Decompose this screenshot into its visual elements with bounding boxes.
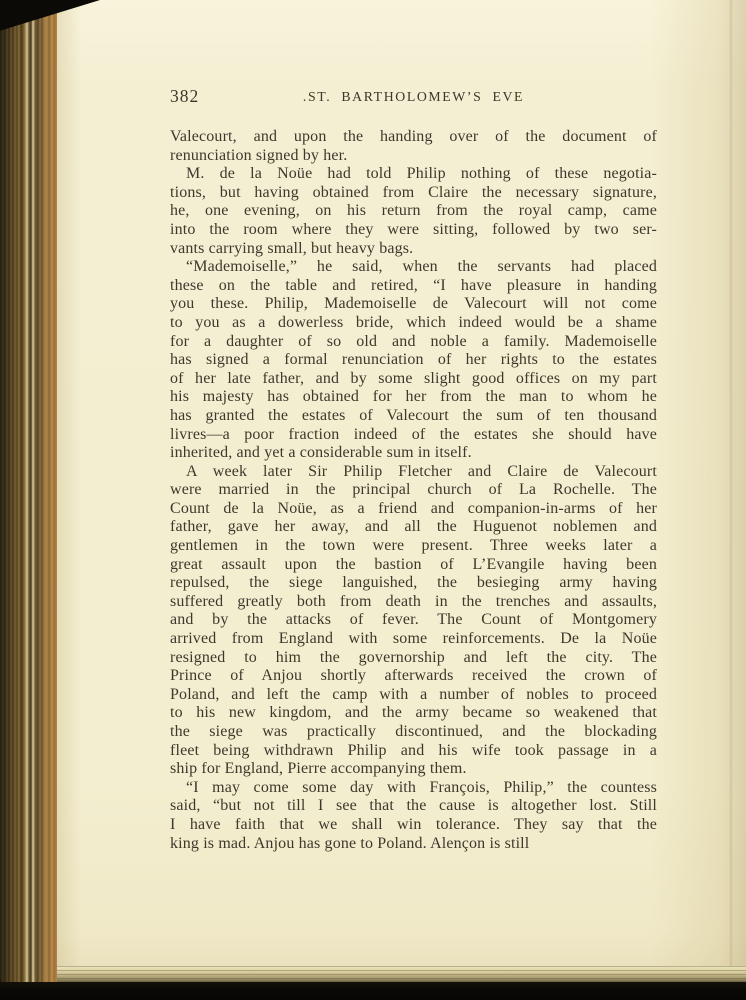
text-line: has signed a formal renunciation of her … [170,351,657,370]
running-head: .ST. BARTHOLOMEW’S EVE [170,89,657,105]
text-line: of her late father, and by some slight g… [170,370,657,389]
book-cover-bottom [0,982,746,1000]
text-line: Count de la Noüe, as a friend and compan… [170,500,657,519]
text-line: fleet being withdrawn Philip and his wif… [170,742,657,761]
text-line: A week later Sir Philip Fletcher and Cla… [170,463,657,482]
book-photo: 382 .ST. BARTHOLOMEW’S EVE Valecourt, an… [0,0,746,1000]
text-line: into the room where they were sitting, f… [170,221,657,240]
text-line: the siege was practically discontinued, … [170,723,657,742]
text-line: father, gave her away, and all the Hugue… [170,518,657,537]
text-line: renunciation signed by her. [170,147,657,166]
text-line: for a daughter of so old and noble a fam… [170,333,657,352]
book-page: 382 .ST. BARTHOLOMEW’S EVE Valecourt, an… [57,0,746,980]
text-line: ship for England, Pierre accompanying th… [170,760,657,779]
text-line: king is mad. Anjou has gone to Poland. A… [170,835,657,854]
text-line: these on the table and retired, “I have … [170,277,657,296]
text-line: resigned to him the governorship and lef… [170,649,657,668]
text-line: livres—a poor fraction indeed of the est… [170,426,657,445]
page-crease [729,0,733,980]
text-line: has granted the estates of Valecourt the… [170,407,657,426]
text-line: inherited, and yet a considerable sum in… [170,444,657,463]
text-line: I have faith that we shall win tolerance… [170,816,657,835]
text-line: tions, but having obtained from Claire t… [170,184,657,203]
text-line: to you as a dowerless bride, which indee… [170,314,657,333]
text-line: vants carrying small, but heavy bags. [170,240,657,259]
text-line: suffered greatly both from death in the … [170,593,657,612]
text-line: “I may come some day with François, Phil… [170,779,657,798]
text-line: you these. Philip, Mademoiselle de Valec… [170,295,657,314]
text-line: said, “but not till I see that the cause… [170,797,657,816]
text-line: were married in the principal church of … [170,481,657,500]
text-line: M. de la Noüe had told Philip nothing of… [170,165,657,184]
text-line: great assault upon the bastion of L’Evan… [170,556,657,575]
text-line: his majesty has obtained for her from th… [170,388,657,407]
text-line: Poland, and left the camp with a number … [170,686,657,705]
text-line: and by the attacks of fever. The Count o… [170,611,657,630]
text-line: gentlemen in the town were present. Thre… [170,537,657,556]
text-line: to his new kingdom, and the army became … [170,704,657,723]
text-line: Prince of Anjou shortly afterwards recei… [170,667,657,686]
page-header: 382 .ST. BARTHOLOMEW’S EVE [170,86,657,106]
page-body-text: Valecourt, and upon the handing over of … [170,128,657,853]
text-line: he, one evening, on his return from the … [170,202,657,221]
text-line: “Mademoiselle,” he said, when the servan… [170,258,657,277]
book-page-edges-left [0,0,57,992]
text-line: Valecourt, and upon the handing over of … [170,128,657,147]
text-line: repulsed, the siege languished, the besi… [170,574,657,593]
text-line: arrived from England with some reinforce… [170,630,657,649]
